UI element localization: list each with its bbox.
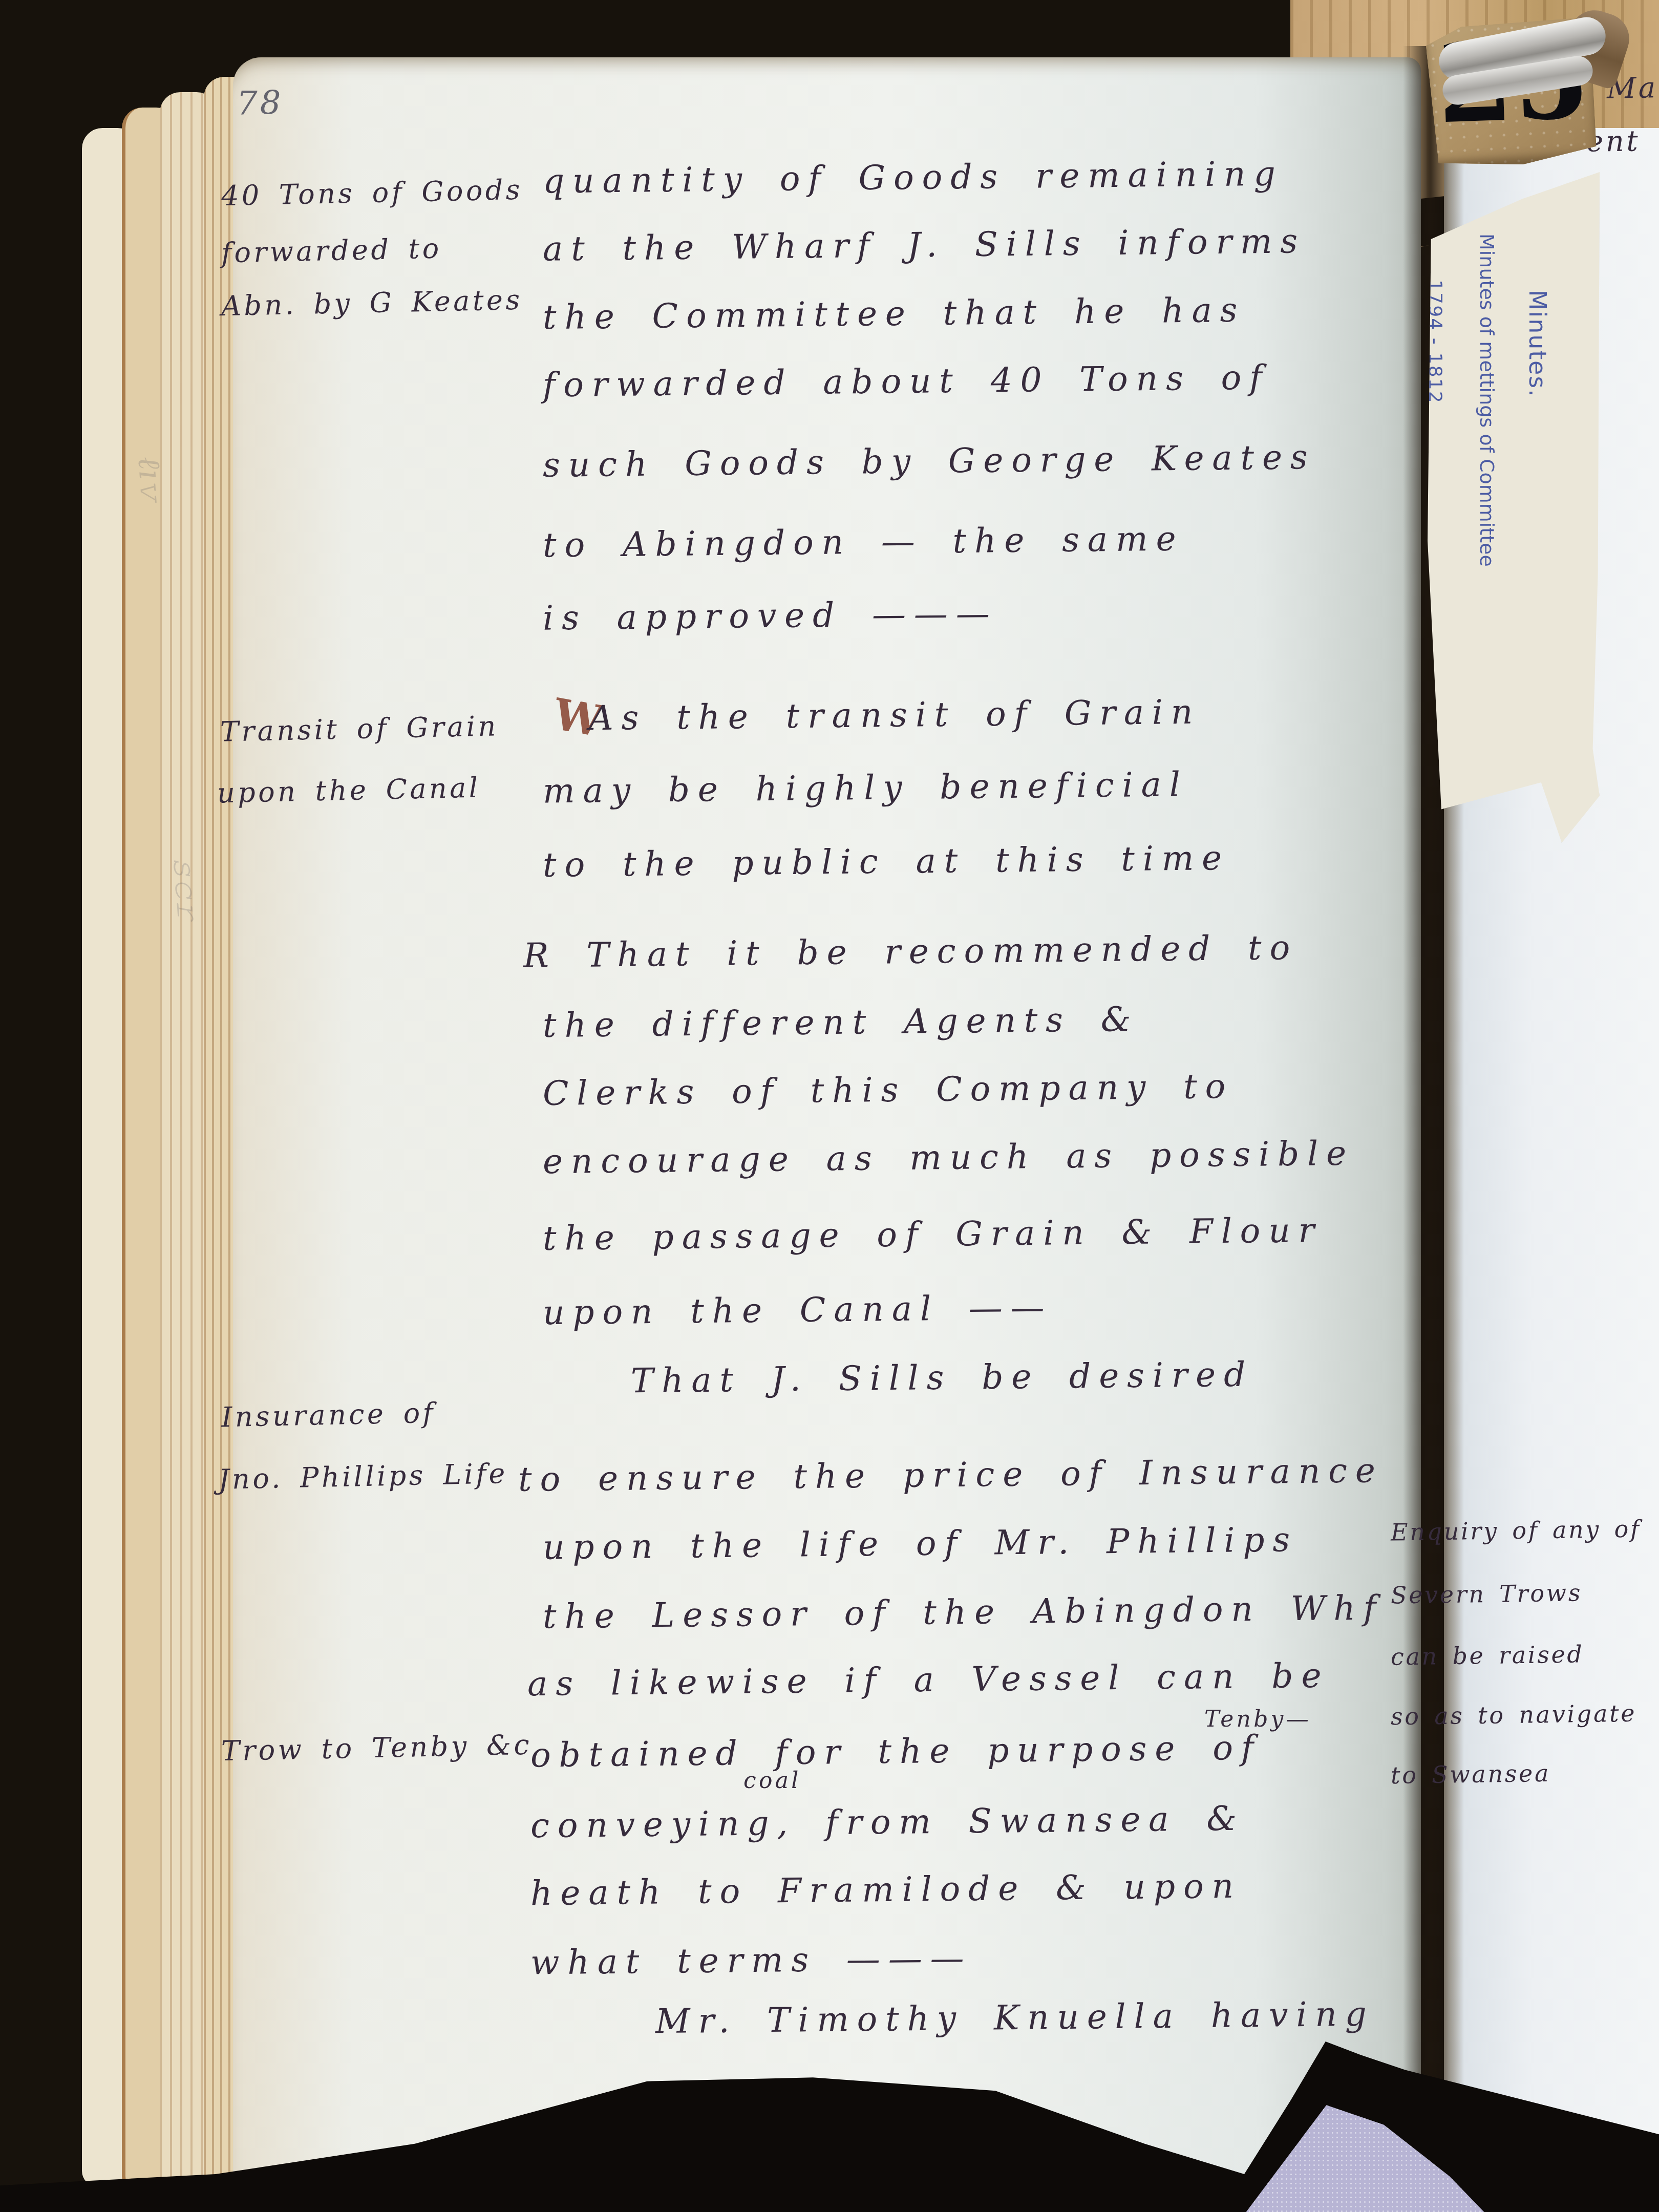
manuscript-line: Mr. Timothy Knuella having <box>655 1994 1375 2041</box>
margin-note: Transit of Grain <box>220 710 499 748</box>
right-page-note-line: Enquiry of any of <box>1391 1515 1641 1546</box>
manuscript-photo: ℓı𝚟 𝚜𝚌𝚛 78 40 Tons of Goods forwarded to… <box>0 0 1659 2212</box>
right-page-note-line: to Swansea <box>1391 1759 1551 1789</box>
manuscript-line: obtained for the purpose of <box>530 1728 1262 1775</box>
bookmark-title-text: Minutes of mettings of Committee <box>1442 233 1501 776</box>
manuscript-line: Clerks of this Company to <box>543 1067 1234 1113</box>
margin-note: Abn. by G Keates <box>221 284 523 322</box>
page-number: 78 <box>237 84 284 122</box>
manuscript-line: at the Wharf J. Sills informs <box>543 221 1306 269</box>
manuscript-line: to Abingdon — the same <box>543 519 1184 565</box>
manuscript-line: upon the life of Mr. Phillips <box>543 1520 1299 1567</box>
manuscript-line: R That it be recommended to <box>523 928 1299 975</box>
margin-note: forwarded to <box>221 232 442 269</box>
interlinear-insertion-coal: coal <box>743 1768 801 1794</box>
manuscript-line: That J. Sills be desired <box>631 1355 1254 1401</box>
manuscript-line: the different Agents & <box>543 999 1139 1045</box>
showthrough-ghost-writing: 𝚜𝚌𝚛 <box>166 855 206 922</box>
manuscript-line: conveying, from Swansea & <box>530 1799 1245 1846</box>
manuscript-line: forwarded about 40 Tons of <box>543 358 1270 405</box>
margin-note: Jno. Phillips Life <box>218 1457 508 1496</box>
manuscript-line: quantity of Goods remaining <box>543 154 1284 201</box>
manuscript-line: such Goods by George Keates <box>543 437 1316 485</box>
manuscript-line: may be highly beneficial <box>543 764 1188 811</box>
margin-note: Insurance of <box>221 1397 436 1434</box>
interlinear-insertion-tenby: Tenby— <box>1204 1706 1311 1732</box>
right-page-note-line: so as to navigate <box>1391 1699 1637 1731</box>
showthrough-ghost-writing: ℓı𝚟 <box>131 455 169 502</box>
manuscript-line: is approved ——— <box>543 593 998 637</box>
right-page-note-line: Severn Trows <box>1391 1579 1583 1609</box>
right-page-note-line: can be raised <box>1391 1640 1584 1670</box>
manuscript-line: As the transit of Grain <box>589 692 1201 738</box>
manuscript-line: what terms ——— <box>530 1938 972 1982</box>
manuscript-line: heath to Framilode & upon <box>530 1866 1242 1913</box>
manuscript-line: the passage of Grain & Flour <box>543 1210 1323 1258</box>
margin-note: Trow to Tenby &c <box>221 1729 532 1768</box>
bookmark-side-label: Minutes. <box>1524 290 1551 556</box>
manuscript-line: to the public at this time <box>543 838 1230 885</box>
margin-note: 40 Tons of Goods <box>221 174 523 212</box>
margin-note: upon the Canal <box>217 772 481 810</box>
manuscript-line: as likewise if a Vessel can be <box>527 1656 1330 1704</box>
archival-bookmark: Minutes of mettings of Committee 1794 - … <box>1428 172 1600 843</box>
manuscript-line: upon the Canal —— <box>543 1288 1053 1332</box>
manuscript-line: the Committee that he has <box>543 290 1246 337</box>
